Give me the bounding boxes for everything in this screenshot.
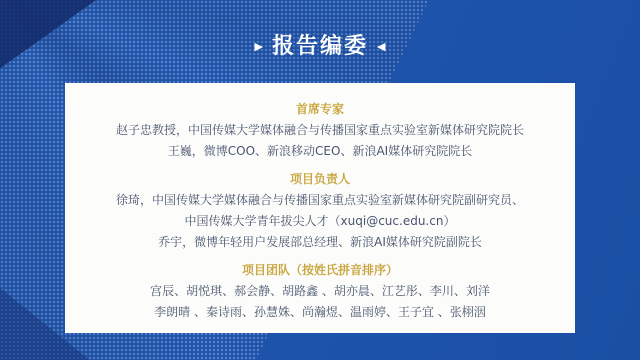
section-project-team: 项目团队（按姓氏拼音排序） 宫辰、胡悦琪、郝会静、胡路鑫 、胡亦晨、江艺彤、李川…	[65, 263, 575, 323]
section-heading: 首席专家	[65, 102, 575, 116]
section-heading: 项目负责人	[65, 172, 575, 186]
section-project-leads: 项目负责人 徐琦，中国传媒大学媒体融合与传播国家重点实验室新媒体研究院副研究员、…	[65, 172, 575, 253]
section-chief-experts: 首席专家 赵子忠教授，中国传媒大学媒体融合与传播国家重点实验室新媒体研究院院长 …	[65, 102, 575, 162]
member-line: 中国传媒大学青年拔尖人才（xuqi@cuc.edu.cn）	[65, 211, 575, 232]
slide: ▶报告编委◀ 首席专家 赵子忠教授，中国传媒大学媒体融合与传播国家重点实验室新媒…	[0, 0, 640, 360]
member-line: 乔宇，微博年轻用户发展部总经理、新浪AI媒体研究院副院长	[65, 232, 575, 253]
editorial-board-card: 首席专家 赵子忠教授，中国传媒大学媒体融合与传播国家重点实验室新媒体研究院院长 …	[65, 83, 575, 333]
member-line: 宫辰、胡悦琪、郝会静、胡路鑫 、胡亦晨、江艺彤、李川、刘洋	[65, 281, 575, 302]
member-line: 王巍，微博COO、新浪移动CEO、新浪AI媒体研究院院长	[65, 141, 575, 162]
page-title: ▶报告编委◀	[0, 34, 640, 60]
member-line: 赵子忠教授，中国传媒大学媒体融合与传播国家重点实验室新媒体研究院院长	[65, 120, 575, 141]
left-triangle-icon: ▶	[255, 34, 263, 60]
right-triangle-icon: ◀	[377, 34, 385, 60]
page-title-text: 报告编委	[272, 34, 368, 59]
member-line: 徐琦，中国传媒大学媒体融合与传播国家重点实验室新媒体研究院副研究员、	[65, 190, 575, 211]
member-line: 李朗晴 、秦诗雨、孙慧姝、尚瀚煜、温雨婷、王子宜 、张栩洇	[65, 302, 575, 323]
section-heading: 项目团队（按姓氏拼音排序）	[65, 263, 575, 277]
